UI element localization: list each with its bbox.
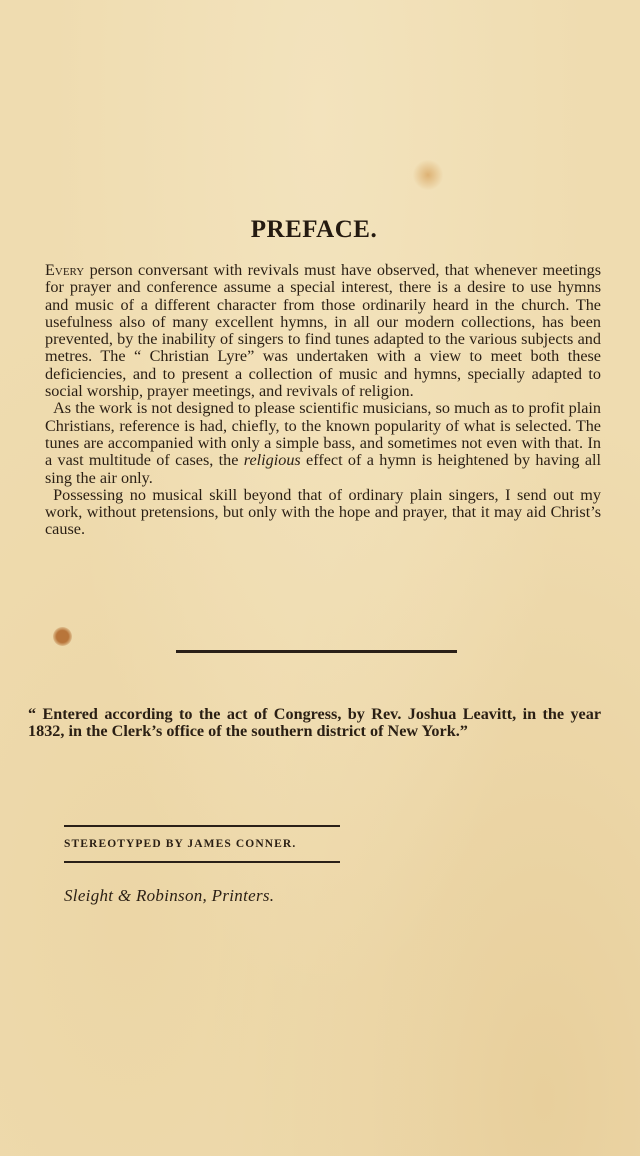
emphasis: religious [244,451,301,469]
copyright-notice: “ Entered according to the act of Congre… [28,706,601,739]
divider-rule [64,861,340,863]
page-title: PREFACE. [0,216,628,244]
paper-stain [53,627,72,646]
paragraph: As the work is not designed to please sc… [45,400,601,486]
preface-body: Every person conversant with revivals mu… [45,262,601,539]
paragraph: Possessing no musical skill beyond that … [45,487,601,539]
stereotyper-credit: STEREOTYPED BY JAMES CONNER. [64,838,296,850]
paragraph-lead: Every [45,261,84,279]
printers-credit: Sleight & Robinson, Printers. [64,886,274,906]
divider-rule [64,825,340,827]
paragraph: Every person conversant with revivals mu… [45,262,601,400]
paper-stain [412,160,444,190]
divider-rule [176,650,457,653]
